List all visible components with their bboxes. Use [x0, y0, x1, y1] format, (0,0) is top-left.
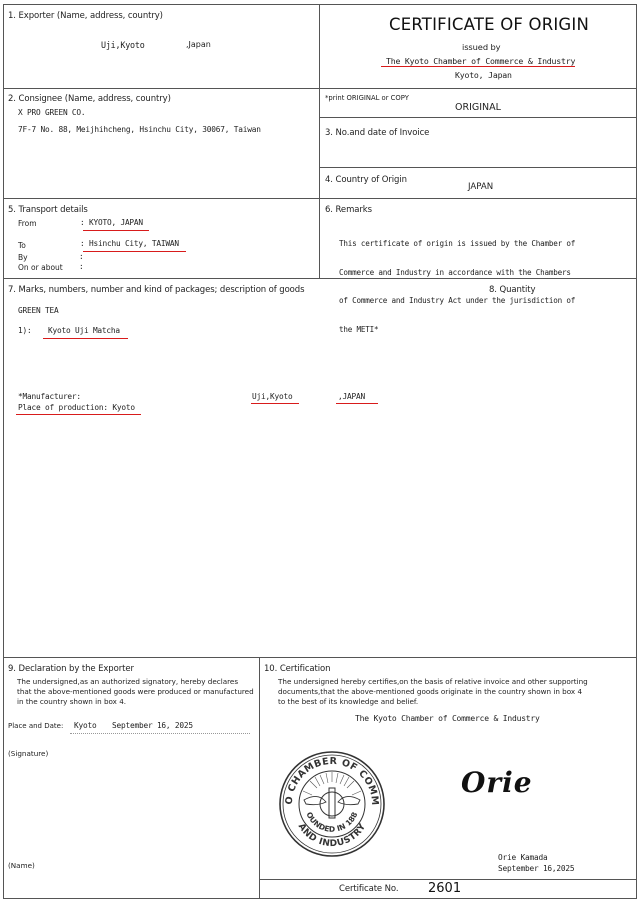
goods-label: 7. Marks, numbers, number and kind of pa…	[8, 285, 304, 295]
remarks-line: This certificate of origin is issued by …	[339, 239, 575, 249]
consignee-label: 2. Consignee (Name, address, country)	[8, 94, 171, 104]
transport-on-label: On or about	[18, 263, 63, 272]
consignee-name: X PRO GREEN CO.	[18, 108, 85, 117]
divider-print-type	[319, 117, 637, 118]
declaration-label: 9. Declaration by the Exporter	[8, 664, 134, 674]
transport-on-value: :	[79, 262, 84, 271]
divider-row-4	[3, 657, 637, 658]
transport-to-underline	[83, 251, 186, 252]
declaration-text: The undersigned,as an authorized signato…	[17, 677, 257, 707]
declaration-date: September 16, 2025	[112, 721, 193, 730]
declaration-line: that the above-mentioned goods were prod…	[17, 687, 257, 697]
print-type-value: ORIGINAL	[455, 102, 501, 113]
border-bottom	[3, 898, 637, 899]
transport-by-label: By	[18, 253, 28, 262]
remarks-line: Commerce and Industry in accordance with…	[339, 268, 575, 278]
certification-line: The undersigned hereby certifies,on the …	[278, 677, 588, 687]
border-right	[636, 4, 637, 899]
print-type-label: *print ORIGINAL or COPY	[325, 94, 409, 102]
goods-item-index: 1):	[18, 326, 31, 335]
place-of-production-underline	[16, 414, 141, 415]
issued-by-label: issued by	[462, 42, 501, 52]
remarks-line: the METI*	[339, 325, 575, 335]
exporter-country: ,Japan	[186, 40, 211, 49]
country-origin-label: 4. Country of Origin	[325, 175, 407, 185]
goods-heading: GREEN TEA	[18, 306, 58, 315]
declaration-place: Kyoto	[74, 721, 96, 730]
place-of-production: Place of production: Kyoto	[18, 403, 135, 412]
manufacturer-city: Uji,Kyoto	[252, 392, 292, 401]
remarks-label: 6. Remarks	[325, 205, 372, 215]
country-origin-value: JAPAN	[468, 182, 493, 192]
goods-item-underline	[43, 338, 128, 339]
place-date-line	[70, 733, 250, 734]
signer-name: Orie Kamada	[498, 853, 547, 862]
manufacturer-label: *Manufacturer:	[18, 392, 81, 401]
border-top	[3, 4, 637, 5]
exporter-label: 1. Exporter (Name, address, country)	[8, 11, 163, 21]
signer-date: September 16,2025	[498, 864, 574, 873]
declaration-line: The undersigned,as an authorized signato…	[17, 677, 257, 687]
transport-to-value: : Hsinchu City, TAIWAN	[80, 239, 179, 248]
certification-line: to the best of its knowledge and belief.	[278, 697, 588, 707]
signature-label: (Signature)	[8, 749, 48, 758]
divider-top-vertical	[319, 4, 320, 279]
transport-by-value: :	[79, 252, 84, 261]
goods-item-name: Kyoto Uji Matcha	[48, 326, 120, 335]
divider-bottom-vertical	[259, 657, 260, 899]
transport-from-label: From	[18, 219, 37, 228]
remarks-text: This certificate of origin is issued by …	[339, 220, 575, 353]
certificate-no-label: Certificate No.	[339, 884, 398, 894]
name-label: (Name)	[8, 861, 35, 870]
border-left	[3, 4, 4, 899]
certification-line: documents,that the above-mentioned goods…	[278, 687, 588, 697]
issuer-name: The Kyoto Chamber of Commerce & Industry	[386, 56, 575, 66]
divider-certificate-row	[259, 879, 637, 880]
place-date-label: Place and Date:	[8, 722, 63, 730]
divider-invoice	[319, 167, 637, 168]
certification-text: The undersigned hereby certifies,on the …	[278, 677, 588, 707]
manufacturer-city-underline	[251, 403, 299, 404]
transport-label: 5. Transport details	[8, 205, 88, 215]
declaration-line: in the country shown in box 4.	[17, 697, 257, 707]
exporter-city: Uji,Kyoto	[101, 40, 145, 50]
invoice-label: 3. No.and date of Invoice	[325, 128, 429, 138]
divider-row-1	[3, 88, 637, 89]
certificate-no-value: 2601	[428, 881, 461, 896]
document-title: CERTIFICATE OF ORIGIN	[389, 15, 589, 34]
manufacturer-country: ,JAPAN	[338, 392, 365, 401]
quantity-label: 8. Quantity	[489, 285, 535, 295]
certification-label: 10. Certification	[264, 664, 330, 674]
issuer-underline	[381, 66, 575, 67]
transport-from-value: : KYOTO, JAPAN	[80, 218, 143, 227]
manufacturer-country-underline	[336, 403, 378, 404]
transport-to-label: To	[18, 241, 26, 250]
chamber-seal-icon: KYOTO CHAMBER OF COMMERCE AND INDUSTRY F…	[276, 748, 388, 860]
handwritten-signature: Orie	[461, 766, 533, 799]
issuer-location: Kyoto, Japan	[455, 70, 512, 80]
transport-from-underline	[83, 230, 149, 231]
certification-issuer: The Kyoto Chamber of Commerce & Industry	[355, 714, 540, 723]
divider-row-2	[3, 198, 637, 199]
consignee-address: 7F-7 No. 88, Meijhihcheng, Hsinchu City,…	[18, 125, 261, 134]
remarks-line: of Commerce and Industry Act under the j…	[339, 296, 575, 306]
